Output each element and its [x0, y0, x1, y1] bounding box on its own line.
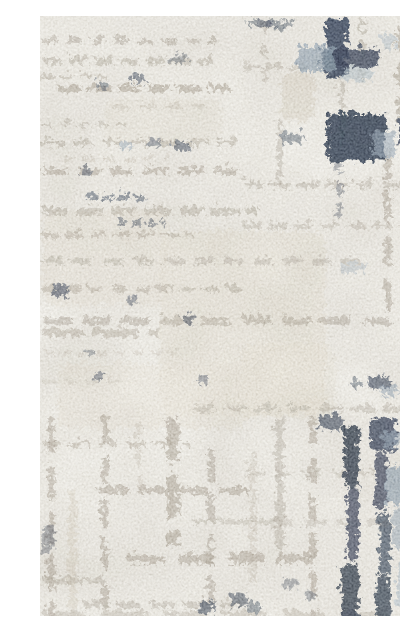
rug-texture-photo [40, 16, 400, 616]
fiber-highlight-overlay [40, 16, 400, 616]
rug-texture-svg [40, 16, 400, 616]
